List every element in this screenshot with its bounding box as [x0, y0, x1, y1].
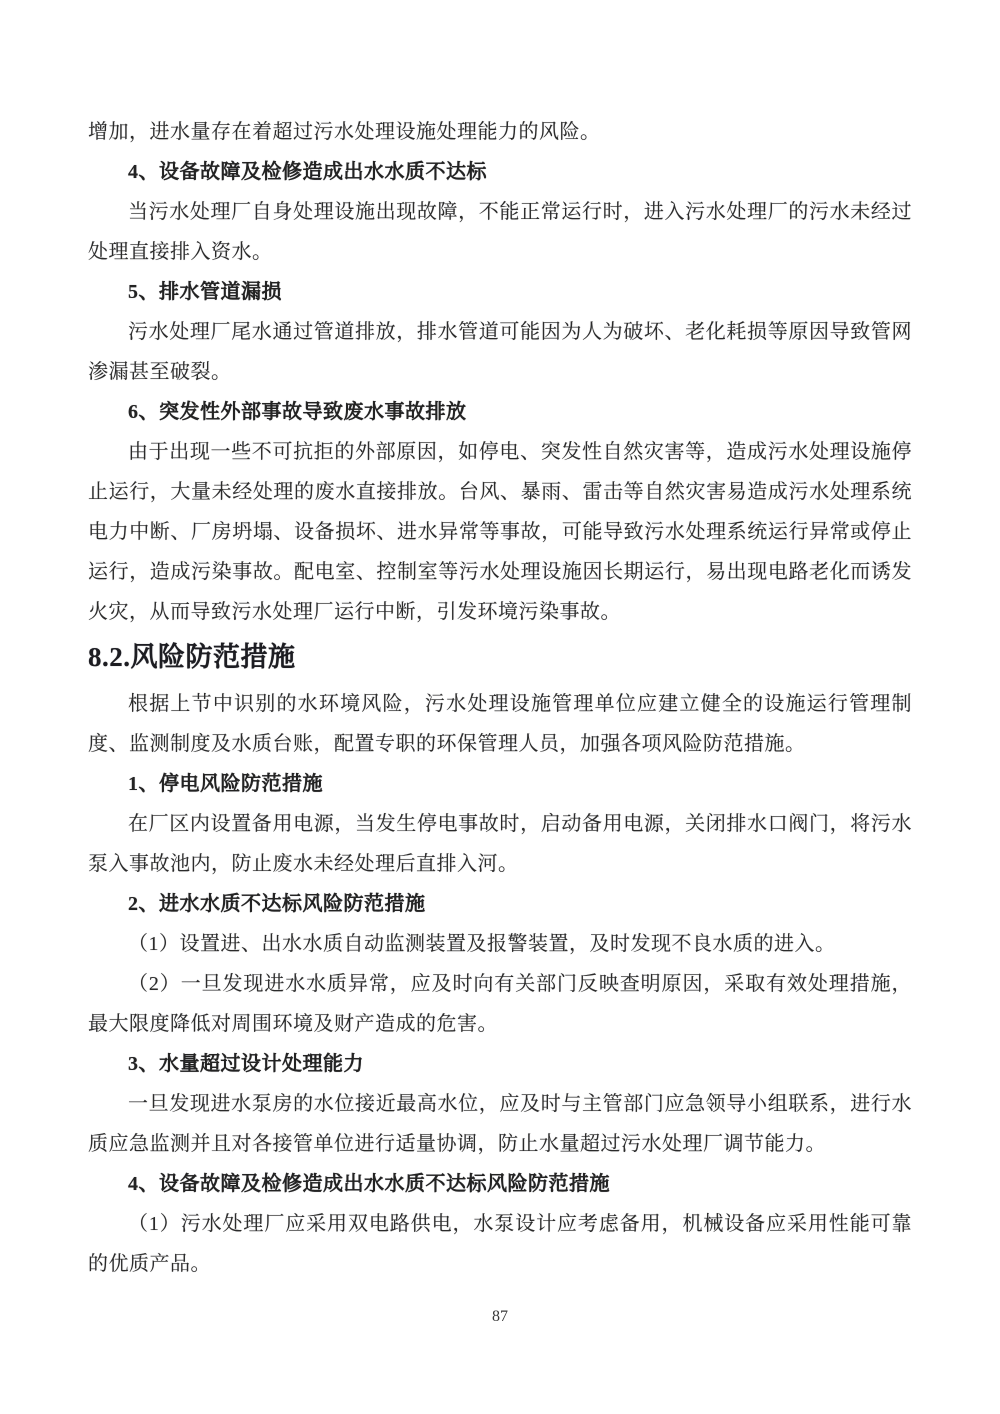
- paragraph: 一旦发现进水泵房的水位接近最高水位，应及时与主管部门应急领导小组联系，进行水质应…: [88, 1084, 912, 1164]
- section-subheading: 3、水量超过设计处理能力: [88, 1044, 912, 1084]
- paragraph: 由于出现一些不可抗拒的外部原因，如停电、突发性自然灾害等，造成污水处理设施停止运…: [88, 432, 912, 632]
- section-subheading: 4、设备故障及检修造成出水水质不达标风险防范措施: [88, 1164, 912, 1204]
- paragraph: 当污水处理厂自身处理设施出现故障，不能正常运行时，进入污水处理厂的污水未经过处理…: [88, 192, 912, 272]
- page-number: 87: [0, 1308, 1000, 1326]
- paragraph: 污水处理厂尾水通过管道排放，排水管道可能因为人为破坏、老化耗损等原因导致管网渗漏…: [88, 312, 912, 392]
- section-subheading: 1、停电风险防范措施: [88, 764, 912, 804]
- paragraph: （1）污水处理厂应采用双电路供电，水泵设计应考虑备用，机械设备应采用性能可靠的优…: [88, 1204, 912, 1284]
- section-subheading: 4、设备故障及检修造成出水水质不达标: [88, 152, 912, 192]
- paragraph: （1）设置进、出水水质自动监测装置及报警装置，及时发现不良水质的进入。: [88, 924, 912, 964]
- paragraph: （2）一旦发现进水水质异常，应及时向有关部门反映查明原因，采取有效处理措施，最大…: [88, 964, 912, 1044]
- paragraph: 在厂区内设置备用电源，当发生停电事故时，启动备用电源，关闭排水口阀门，将污水泵入…: [88, 804, 912, 884]
- document-page: 增加，进水量存在着超过污水处理设施处理能力的风险。 4、设备故障及检修造成出水水…: [0, 0, 1000, 1414]
- document-content: 增加，进水量存在着超过污水处理设施处理能力的风险。 4、设备故障及检修造成出水水…: [88, 112, 912, 1284]
- section-subheading: 5、排水管道漏损: [88, 272, 912, 312]
- section-subheading: 2、进水水质不达标风险防范措施: [88, 884, 912, 924]
- paragraph: 根据上节中识别的水环境风险，污水处理设施管理单位应建立健全的设施运行管理制度、监…: [88, 684, 912, 764]
- paragraph: 增加，进水量存在着超过污水处理设施处理能力的风险。: [88, 112, 912, 152]
- section-subheading: 6、突发性外部事故导致废水事故排放: [88, 392, 912, 432]
- section-heading: 8.2.风险防范措施: [88, 634, 912, 680]
